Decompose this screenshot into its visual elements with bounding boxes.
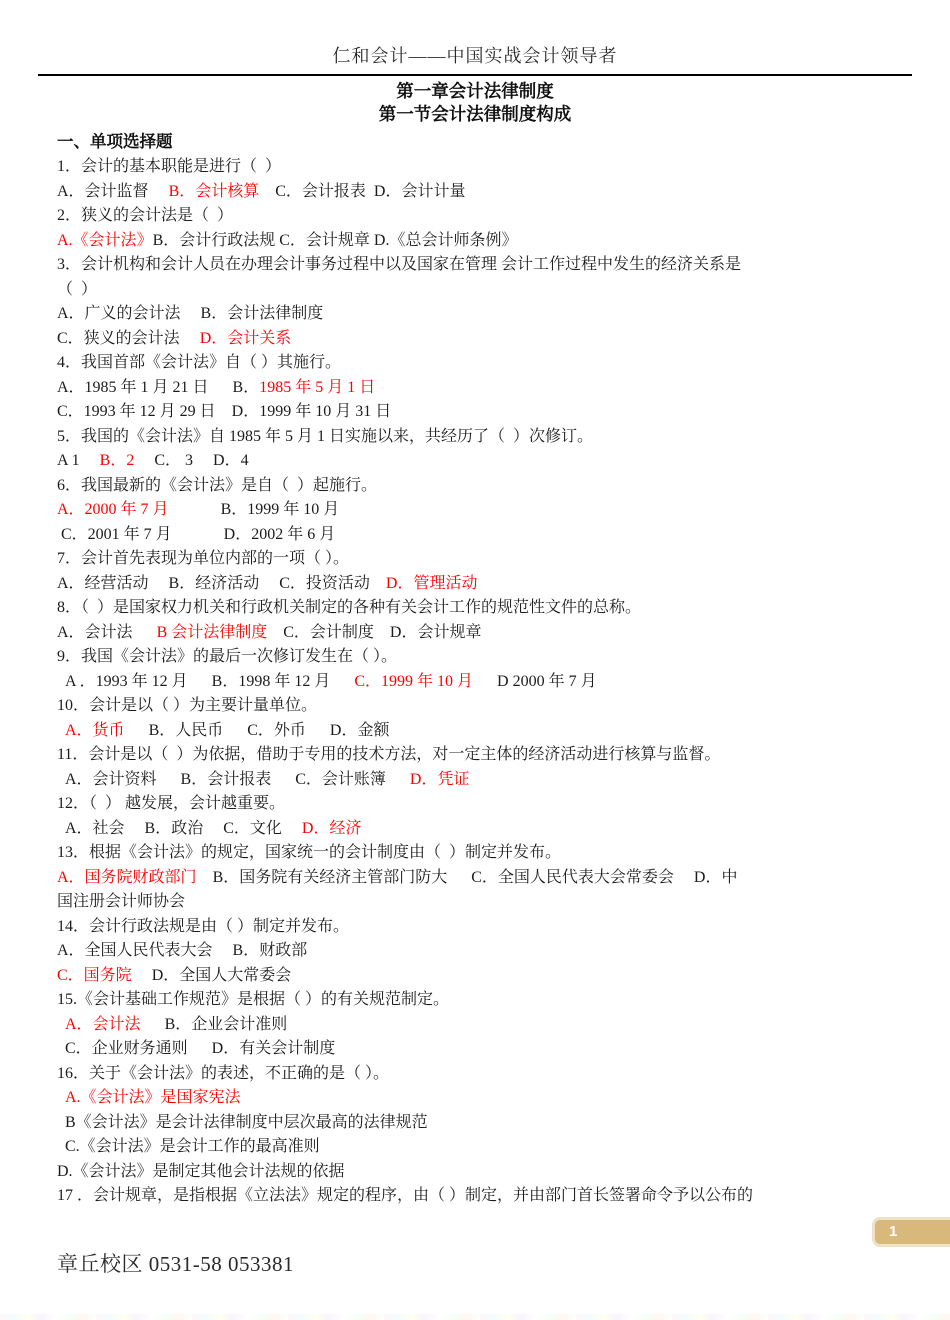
text-segment: C． 3 D．4 xyxy=(134,452,248,469)
answer-highlight: B 会计法律制度 xyxy=(157,624,268,641)
text-line: 2．狭义的会计法是（ ） xyxy=(57,204,910,229)
text-line: 17 ．会计规章，是指根据《立法法》规定的程序，由（ ）制定，并由部门首长签署命… xyxy=(57,1184,910,1209)
text-segment: C．2001 年 7 月 D．2002 年 6 月 xyxy=(57,526,335,543)
text-segment: 2．狭义的会计法是（ ） xyxy=(57,207,233,224)
answer-highlight: B．会计核算 xyxy=(169,183,260,200)
text-line: 13．根据《会计法》的规定，国家统一的会计制度由（ ）制定并发布。 xyxy=(57,841,910,866)
text-segment: C．会计制度 D．会计规章 xyxy=(267,624,481,641)
text-line: A.《会计法》B．会计行政法规 C．会计规章 D.《总会计师条例》 xyxy=(57,229,910,254)
text-segment: 6．我国最新的《会计法》是自（ ）起施行。 xyxy=(57,477,377,494)
text-line: 14．会计行政法规是由（ ）制定并发布。 xyxy=(57,915,910,940)
text-line: A．1985 年 1 月 21 日 B．1985 年 5 月 1 日 xyxy=(57,376,910,401)
text-line: 5．我国的《会计法》自 1985 年 5 月 1 日实施以来，共经历了（ ）次修… xyxy=(57,425,910,450)
answer-highlight: A．货币 xyxy=(65,722,125,739)
text-line: A.《会计法》是国家宪法 xyxy=(57,1086,910,1111)
question-lines: 1．会计的基本职能是进行（ ）A．会计监督 B．会计核算 C．会计报表 D．会计… xyxy=(57,155,910,1209)
text-line: A．货币 B．人民币 C．外币 D．金额 xyxy=(57,719,910,744)
text-line: 3．会计机构和会计人员在办理会计事务过程中以及国家在管理 会计工作过程中发生的经… xyxy=(57,253,910,278)
text-line: B《会计法》是会计法律制度中层次最高的法律规范 xyxy=(57,1111,910,1136)
text-line: C．2001 年 7 月 D．2002 年 6 月 xyxy=(57,523,910,548)
text-line: 4．我国首部《会计法》自（ ）其施行。 xyxy=(57,351,910,376)
text-line: 12．（ ） 越发展，会计越重要。 xyxy=(57,792,910,817)
text-segment: 9．我国《会计法》的最后一次修订发生在（ ）。 xyxy=(57,648,397,665)
clipped-next-row-artifact xyxy=(0,1314,950,1320)
text-line: A．经营活动 B．经济活动 C．投资活动 D．管理活动 xyxy=(57,572,910,597)
answer-highlight: D．凭证 xyxy=(410,771,470,788)
text-line: 8．（ ）是国家权力机关和行政机关制定的各种有关会计工作的规范性文件的总称。 xyxy=(57,596,910,621)
answer-highlight: A．国务院财政部门 xyxy=(57,869,197,886)
text-line: C．企业财务通则 D．有关会计制度 xyxy=(57,1037,910,1062)
text-segment xyxy=(57,1089,65,1106)
text-line: C.《会计法》是会计工作的最高准则 xyxy=(57,1135,910,1160)
text-line: A．广义的会计法 B．会计法律制度 xyxy=(57,302,910,327)
text-segment: C.《会计法》是会计工作的最高准则 xyxy=(57,1138,320,1155)
text-segment: 7．会计首先表现为单位内部的一项（ ）。 xyxy=(57,550,349,567)
text-line: 16．关于《会计法》的表述，不正确的是（ ）。 xyxy=(57,1062,910,1087)
footer-phone: 0531-58 053381 xyxy=(149,1252,294,1276)
text-segment: A．广义的会计法 B．会计法律制度 xyxy=(57,305,323,322)
text-segment: A．全国人民代表大会 B．财政部 xyxy=(57,942,307,959)
text-line: A ．1993 年 12 月 B．1998 年 12 月 C．1999 年 10… xyxy=(57,670,910,695)
text-line: 9．我国《会计法》的最后一次修订发生在（ ）。 xyxy=(57,645,910,670)
text-segment: 1．会计的基本职能是进行（ ） xyxy=(57,158,281,175)
answer-highlight: 1985 年 5 月 1 日 xyxy=(259,379,375,396)
text-segment: A．会计法 xyxy=(57,624,157,641)
page-number-badge: 1 xyxy=(872,1217,950,1247)
text-segment: C．狭义的会计法 xyxy=(57,330,200,347)
text-segment: 5．我国的《会计法》自 1985 年 5 月 1 日实施以来，共经历了（ ）次修… xyxy=(57,428,593,445)
answer-highlight: D．经济 xyxy=(302,820,362,837)
text-line: 6．我国最新的《会计法》是自（ ）起施行。 xyxy=(57,474,910,499)
answer-highlight: A．2000 年 7 月 xyxy=(57,501,169,518)
answer-highlight: A.《会计法》是国家宪法 xyxy=(65,1089,241,1106)
text-line: C．狭义的会计法 D．会计关系 xyxy=(57,327,910,352)
text-line: 11．会计是以（ ）为依据，借助于专用的技术方法，对一定主体的经济活动进行核算与… xyxy=(57,743,910,768)
text-line: C．1993 年 12 月 29 日 D．1999 年 10 月 31 日 xyxy=(57,400,910,425)
answer-highlight: A．会计法 xyxy=(65,1016,141,1033)
answer-highlight: D．会计关系 xyxy=(200,330,292,347)
footer-campus: 章丘校区 xyxy=(57,1252,143,1276)
text-line: A．会计监督 B．会计核算 C．会计报表 D．会计计量 xyxy=(57,180,910,205)
text-line: 1．会计的基本职能是进行（ ） xyxy=(57,155,910,180)
text-line: C．国务院 D．全国人大常委会 xyxy=(57,964,910,989)
text-segment: A．会计资料 B．会计报表 C．会计账簿 xyxy=(57,771,410,788)
text-segment: A 1 xyxy=(57,452,100,469)
text-segment: A ．1993 年 12 月 B．1998 年 12 月 xyxy=(57,673,354,690)
text-line: （ ） xyxy=(57,278,910,303)
answer-highlight: C．国务院 xyxy=(57,967,132,984)
text-line: A．会计法 B．企业会计准则 xyxy=(57,1013,910,1038)
text-segment: C．1993 年 12 月 29 日 D．1999 年 10 月 31 日 xyxy=(57,403,391,420)
text-segment: 15.《会计基础工作规范》是根据（ ）的有关规范制定。 xyxy=(57,991,449,1008)
text-line: A．全国人民代表大会 B．财政部 xyxy=(57,939,910,964)
text-line: A 1 B．2 C． 3 D．4 xyxy=(57,449,910,474)
answer-highlight: D．管理活动 xyxy=(386,575,478,592)
text-segment: C．企业财务通则 D．有关会计制度 xyxy=(57,1040,335,1057)
answer-highlight: A.《会计法》 xyxy=(57,232,153,249)
text-segment: B．企业会计准则 xyxy=(141,1016,288,1033)
header-divider xyxy=(38,74,912,76)
text-segment: B．1999 年 10 月 xyxy=(169,501,340,518)
text-segment: 17 ．会计规章，是指根据《立法法》规定的程序，由（ ）制定，并由部门首长签署命… xyxy=(57,1187,753,1204)
text-line: 国注册会计师协会 xyxy=(57,890,910,915)
text-line: D.《会计法》是制定其他会计法规的依据 xyxy=(57,1160,910,1185)
answer-highlight: B．2 xyxy=(100,452,135,469)
text-segment: 8．（ ）是国家权力机关和行政机关制定的各种有关会计工作的规范性文件的总称。 xyxy=(57,599,641,616)
text-segment: 3．会计机构和会计人员在办理会计事务过程中以及国家在管理 会计工作过程中发生的经… xyxy=(57,256,741,273)
text-segment: 13．根据《会计法》的规定，国家统一的会计制度由（ ）制定并发布。 xyxy=(57,844,561,861)
text-line: A．会计资料 B．会计报表 C．会计账簿 D．凭证 xyxy=(57,768,910,793)
text-segment: 10．会计是以（ ）为主要计量单位。 xyxy=(57,697,317,714)
footer-contact: 章丘校区 0531-58 053381 xyxy=(57,1248,294,1278)
text-segment: 11．会计是以（ ）为依据，借助于专用的技术方法，对一定主体的经济活动进行核算与… xyxy=(57,746,720,763)
text-segment: C．会计报表 D．会计计量 xyxy=(259,183,465,200)
header-brand: 仁和会计——中国实战会计领导者 xyxy=(0,42,950,68)
text-segment: D．全国人大常委会 xyxy=(132,967,292,984)
text-segment: B．国务院有关经济主管部门防大 C．全国人民代表大会常委会 D．中 xyxy=(197,869,738,886)
text-segment: （ ） xyxy=(57,281,97,298)
text-segment: 4．我国首部《会计法》自（ ）其施行。 xyxy=(57,354,341,371)
answer-highlight: C．1999 年 10 月 xyxy=(354,673,473,690)
text-line: 15.《会计基础工作规范》是根据（ ）的有关规范制定。 xyxy=(57,988,910,1013)
text-line: A．国务院财政部门 B．国务院有关经济主管部门防大 C．全国人民代表大会常委会 … xyxy=(57,866,910,891)
text-segment xyxy=(57,722,65,739)
text-segment: 14．会计行政法规是由（ ）制定并发布。 xyxy=(57,918,349,935)
text-segment: 国注册会计师协会 xyxy=(57,893,185,910)
text-segment: 12．（ ） 越发展，会计越重要。 xyxy=(57,795,285,812)
chapter-title: 第一章会计法律制度 xyxy=(0,80,950,103)
section-title: 第一节会计法律制度构成 xyxy=(0,103,950,126)
text-line: A．2000 年 7 月 B．1999 年 10 月 xyxy=(57,498,910,523)
text-line: 7．会计首先表现为单位内部的一项（ ）。 xyxy=(57,547,910,572)
text-segment: A．经营活动 B．经济活动 C．投资活动 xyxy=(57,575,386,592)
text-segment: D.《会计法》是制定其他会计法规的依据 xyxy=(57,1163,345,1180)
text-segment: D 2000 年 7 月 xyxy=(473,673,597,690)
text-segment: A．1985 年 1 月 21 日 B． xyxy=(57,379,259,396)
text-segment: 16．关于《会计法》的表述，不正确的是（ ）。 xyxy=(57,1065,389,1082)
question-type-heading: 一、单项选择题 xyxy=(57,130,950,153)
text-segment xyxy=(57,1016,65,1033)
text-segment: A．会计监督 xyxy=(57,183,169,200)
text-line: A．会计法 B 会计法律制度 C．会计制度 D．会计规章 xyxy=(57,621,910,646)
text-line: A．社会 B．政治 C．文化 D．经济 xyxy=(57,817,910,842)
text-segment: B《会计法》是会计法律制度中层次最高的法律规范 xyxy=(57,1114,428,1131)
text-segment: A．社会 B．政治 C．文化 xyxy=(57,820,302,837)
text-line: 10．会计是以（ ）为主要计量单位。 xyxy=(57,694,910,719)
document-page: 仁和会计——中国实战会计领导者 第一章会计法律制度 第一节会计法律制度构成 一、… xyxy=(0,0,950,1320)
text-segment: B．人民币 C．外币 D．金额 xyxy=(125,722,390,739)
text-segment: B．会计行政法规 C．会计规章 D.《总会计师条例》 xyxy=(153,232,518,249)
